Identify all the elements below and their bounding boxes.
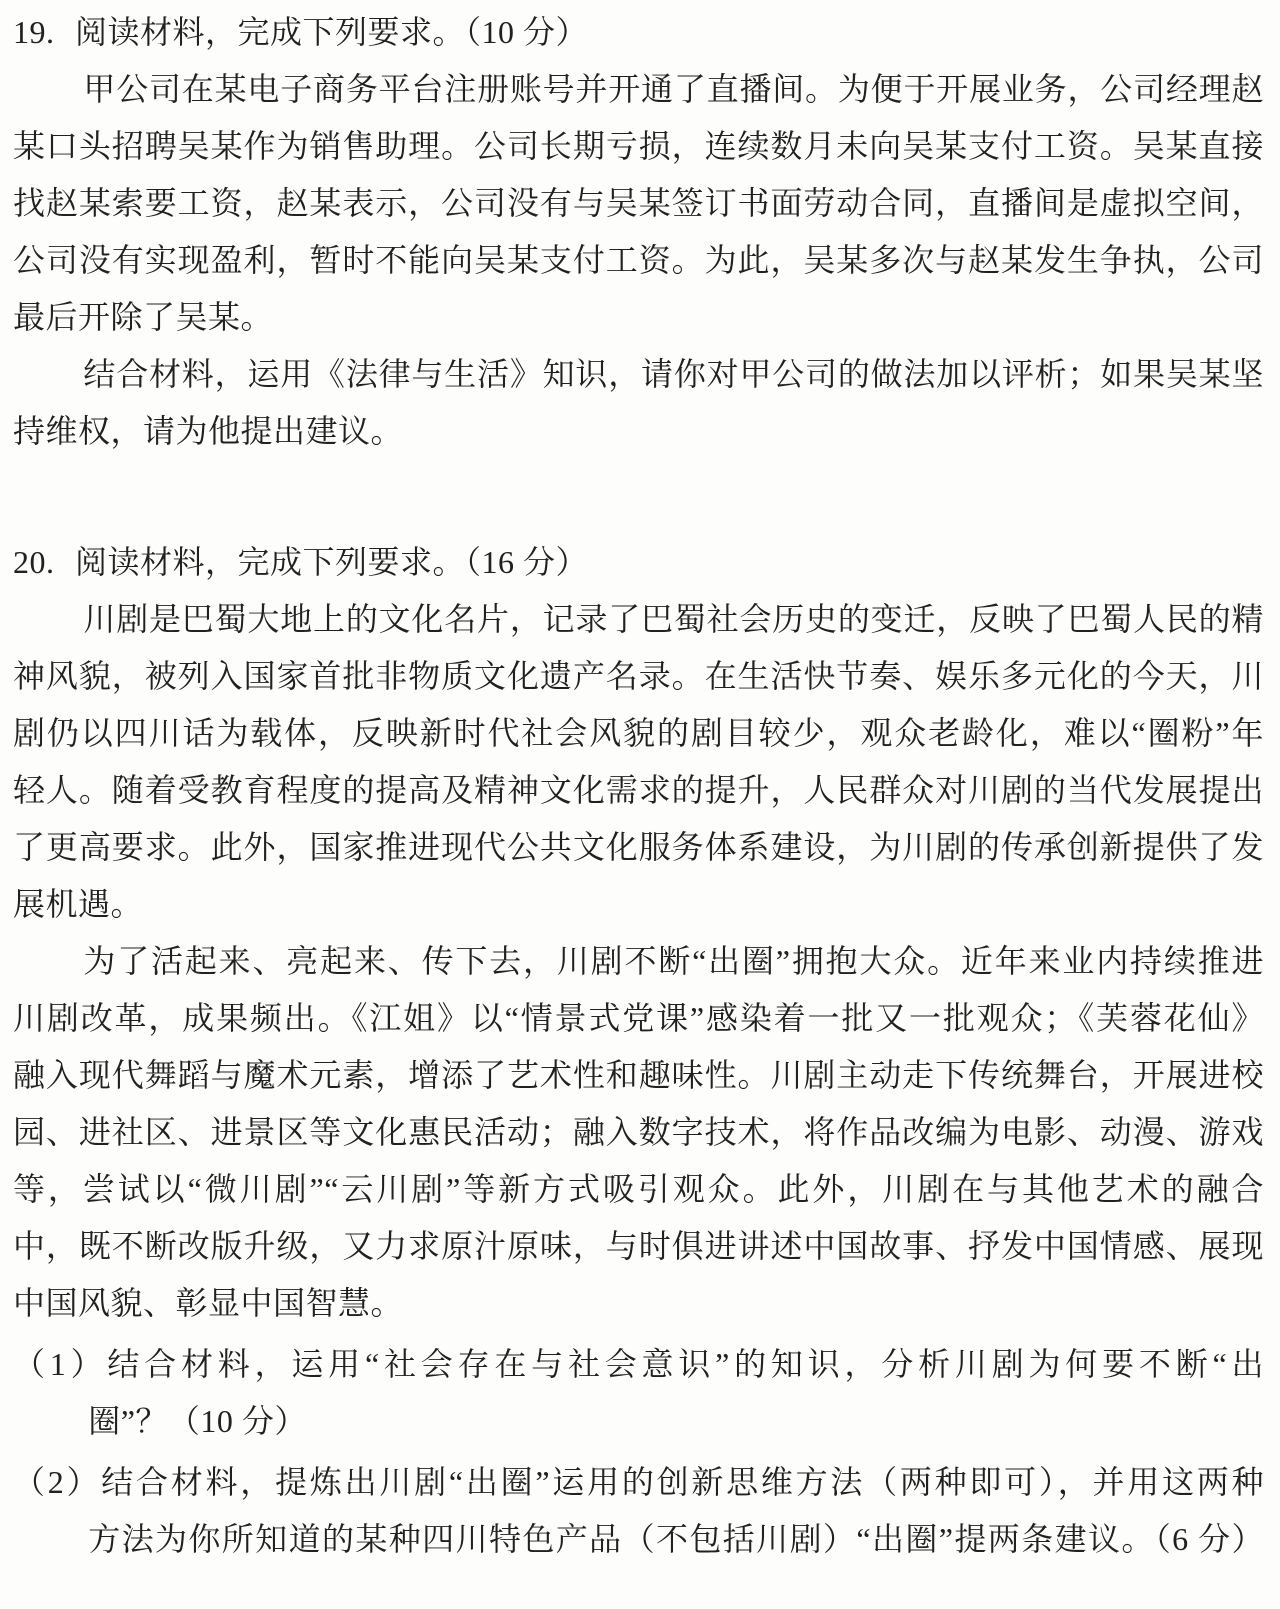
text-line: 展机遇。	[13, 876, 1264, 933]
text-line: 川剧改革，成果频出。《江姐》以“情景式党课”感染着一批又一批观众；《芙蓉花仙》	[13, 990, 1264, 1047]
text-line: 神风貌，被列入国家首批非物质文化遗产名录。在生活快节奏、娱乐多元化的今天，川	[13, 648, 1264, 705]
question-19-section: 19. 阅读材料，完成下列要求。（10 分） 甲公司在某电子商务平台注册账号并开…	[13, 4, 1264, 460]
question-20-heading: 20. 阅读材料，完成下列要求。（16 分）	[13, 534, 1264, 591]
text-line: 圈”？（10 分）	[13, 1393, 1264, 1450]
text-line: 某口头招聘吴某作为销售助理。公司长期亏损，连续数月未向吴某支付工资。吴某直接	[13, 118, 1264, 175]
question-20-number: 20.	[13, 534, 75, 591]
question-20-material-paragraph-2: 为了活起来、亮起来、传下去，川剧不断“出圈”拥抱大众。近年来业内持续推进 川剧改…	[13, 933, 1264, 1332]
text-line: 融入现代舞蹈与魔术元素，增添了艺术性和趣味性。川剧主动走下传统舞台，开展进校	[13, 1047, 1264, 1104]
text-line: 剧仍以四川话为载体，反映新时代社会风貌的剧目较少，观众老龄化，难以“圈粉”年	[13, 705, 1264, 762]
text-line: 等，尝试以“微川剧”“云川剧”等新方式吸引观众。此外，川剧在与其他艺术的融合	[13, 1161, 1264, 1218]
text-line: 轻人。随着受教育程度的提高及精神文化需求的提升，人民群众对川剧的当代发展提出	[13, 762, 1264, 819]
text-line: （2）结合材料，提炼出川剧“出圈”运用的创新思维方法（两种即可），并用这两种	[13, 1454, 1264, 1511]
question-20-section: 20. 阅读材料，完成下列要求。（16 分） 川剧是巴蜀大地上的文化名片，记录了…	[13, 534, 1264, 1568]
text-line: 甲公司在某电子商务平台注册账号并开通了直播间。为便于开展业务，公司经理赵	[13, 61, 1264, 118]
text-line: 找赵某索要工资，赵某表示，公司没有与吴某签订书面劳动合同，直播间是虚拟空间，	[13, 175, 1264, 232]
question-19-title: 阅读材料，完成下列要求。（10 分）	[75, 4, 1264, 61]
text-line: 公司没有实现盈利，暂时不能向吴某支付工资。为此，吴某多次与赵某发生争执，公司	[13, 232, 1264, 289]
sub-question-1: （1）结合材料，运用“社会存在与社会意识”的知识，分析川剧为何要不断“出 圈”？…	[13, 1336, 1264, 1450]
text-line: 方法为你所知道的某种四川特色产品（不包括川剧）“出圈”提两条建议。（6 分）	[13, 1511, 1264, 1568]
question-19-task-paragraph: 结合材料，运用《法律与生活》知识，请你对甲公司的做法加以评析；如果吴某坚 持维权…	[13, 346, 1264, 460]
question-19-heading: 19. 阅读材料，完成下列要求。（10 分）	[13, 4, 1264, 61]
sub-question-2: （2）结合材料，提炼出川剧“出圈”运用的创新思维方法（两种即可），并用这两种 方…	[13, 1454, 1264, 1568]
question-19-material-paragraph: 甲公司在某电子商务平台注册账号并开通了直播间。为便于开展业务，公司经理赵 某口头…	[13, 61, 1264, 346]
text-line: 持维权，请为他提出建议。	[13, 403, 1264, 460]
text-line: 了更高要求。此外，国家推进现代公共文化服务体系建设，为川剧的传承创新提供了发	[13, 819, 1264, 876]
question-20-material-paragraph-1: 川剧是巴蜀大地上的文化名片，记录了巴蜀社会历史的变迁，反映了巴蜀人民的精 神风貌…	[13, 591, 1264, 933]
text-line: （1）结合材料，运用“社会存在与社会意识”的知识，分析川剧为何要不断“出	[13, 1336, 1264, 1393]
text-line: 川剧是巴蜀大地上的文化名片，记录了巴蜀社会历史的变迁，反映了巴蜀人民的精	[13, 591, 1264, 648]
text-line: 园、进社区、进景区等文化惠民活动；融入数字技术，将作品改编为电影、动漫、游戏	[13, 1104, 1264, 1161]
text-line: 最后开除了吴某。	[13, 289, 1264, 346]
question-19-number: 19.	[13, 4, 75, 61]
exam-paper-page: 19. 阅读材料，完成下列要求。（10 分） 甲公司在某电子商务平台注册账号并开…	[0, 0, 1280, 1609]
question-20-title: 阅读材料，完成下列要求。（16 分）	[75, 534, 1264, 591]
text-line: 为了活起来、亮起来、传下去，川剧不断“出圈”拥抱大众。近年来业内持续推进	[13, 933, 1264, 990]
text-line: 中，既不断改版升级，又力求原汁原味，与时俱进讲述中国故事、抒发中国情感、展现	[13, 1218, 1264, 1275]
text-line: 结合材料，运用《法律与生活》知识，请你对甲公司的做法加以评析；如果吴某坚	[13, 346, 1264, 403]
text-line: 中国风貌、彰显中国智慧。	[13, 1275, 1264, 1332]
